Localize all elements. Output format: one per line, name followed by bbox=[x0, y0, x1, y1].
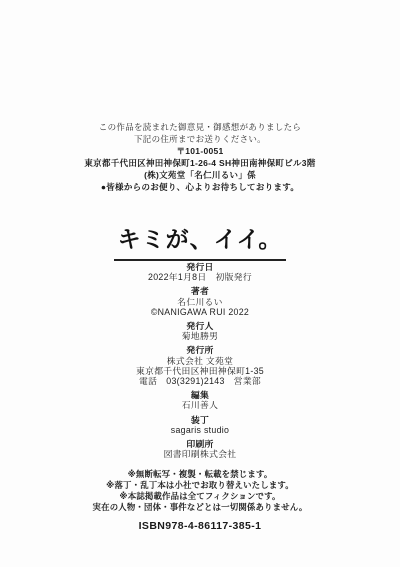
section-label: 発行人 bbox=[0, 321, 400, 331]
mail-recipient: (株)文苑堂「名仁川るい」係 bbox=[0, 169, 400, 181]
printing-company: 図書印刷株式会社 bbox=[0, 449, 400, 459]
section-printer: 印刷所 図書印刷株式会社 bbox=[0, 439, 400, 459]
company-telephone: 電話 03(3291)2143 営業部 bbox=[0, 376, 400, 386]
company-address: 東京都千代田区神田神保町1-35 bbox=[0, 366, 400, 376]
section-author: 著者 名仁川るい ©NANIGAWA RUI 2022 bbox=[0, 286, 400, 317]
postal-code: 〒101-0051 bbox=[0, 145, 400, 157]
colophon-page: この作品を読まれた御意見・御感想がありましたら 下記の住所までお送りください。 … bbox=[0, 0, 400, 567]
feedback-note: ●皆様からのお便り、心よりお待ちしております。 bbox=[0, 181, 400, 193]
section-publisher-person: 発行人 菊地勝男 bbox=[0, 321, 400, 341]
reader-feedback-block: この作品を読まれた御意見・御感想がありましたら 下記の住所までお送りください。 … bbox=[0, 121, 400, 193]
section-book-design: 装丁 sagaris studio bbox=[0, 415, 400, 435]
mailing-address: 東京都千代田区神田神保町1-26-4 SH神田南神保町ビル3階 bbox=[0, 157, 400, 169]
feedback-line-2: 下記の住所までお送りください。 bbox=[0, 133, 400, 145]
section-label: 印刷所 bbox=[0, 439, 400, 449]
notice-defective-copy: ※落丁・乱丁本は小社でお取り替えいたします。 bbox=[0, 480, 400, 491]
isbn-number: ISBN978-4-86117-385-1 bbox=[0, 520, 400, 532]
notice-fiction-cont: 実在の人物・団体・事件などとは一切関係ありません。 bbox=[0, 502, 400, 513]
editor-name: 石川善人 bbox=[0, 400, 400, 410]
colophon-sections: 発行日 2022年1月8日 初版発行 著者 名仁川るい ©NANIGAWA RU… bbox=[0, 262, 400, 463]
copyright-line: ©NANIGAWA RUI 2022 bbox=[0, 307, 400, 317]
section-publishing-house: 発行所 株式会社 文苑堂 東京都千代田区神田神保町1-35 電話 03(3291… bbox=[0, 345, 400, 386]
publisher-name: 菊地勝男 bbox=[0, 331, 400, 341]
notice-fiction: ※本誌掲載作品は全てフィクションです。 bbox=[0, 491, 400, 502]
section-editor: 編集 石川善人 bbox=[0, 390, 400, 410]
design-studio: sagaris studio bbox=[0, 425, 400, 435]
issue-date: 2022年1月8日 初版発行 bbox=[0, 272, 400, 282]
feedback-line-1: この作品を読まれた御意見・御感想がありましたら bbox=[0, 121, 400, 133]
section-label: 発行所 bbox=[0, 345, 400, 355]
author-name: 名仁川るい bbox=[0, 297, 400, 307]
section-label: 発行日 bbox=[0, 262, 400, 272]
legal-notices: ※無断転写・複製・転載を禁じます。 ※落丁・乱丁本は小社でお取り替えいたします。… bbox=[0, 469, 400, 513]
title-area: キミが、イイ。 bbox=[0, 221, 400, 261]
book-title: キミが、イイ。 bbox=[114, 221, 287, 261]
section-label: 編集 bbox=[0, 390, 400, 400]
section-issue-date: 発行日 2022年1月8日 初版発行 bbox=[0, 262, 400, 282]
company-name: 株式会社 文苑堂 bbox=[0, 356, 400, 366]
notice-no-reproduction: ※無断転写・複製・転載を禁じます。 bbox=[0, 469, 400, 480]
section-label: 装丁 bbox=[0, 415, 400, 425]
section-label: 著者 bbox=[0, 286, 400, 296]
